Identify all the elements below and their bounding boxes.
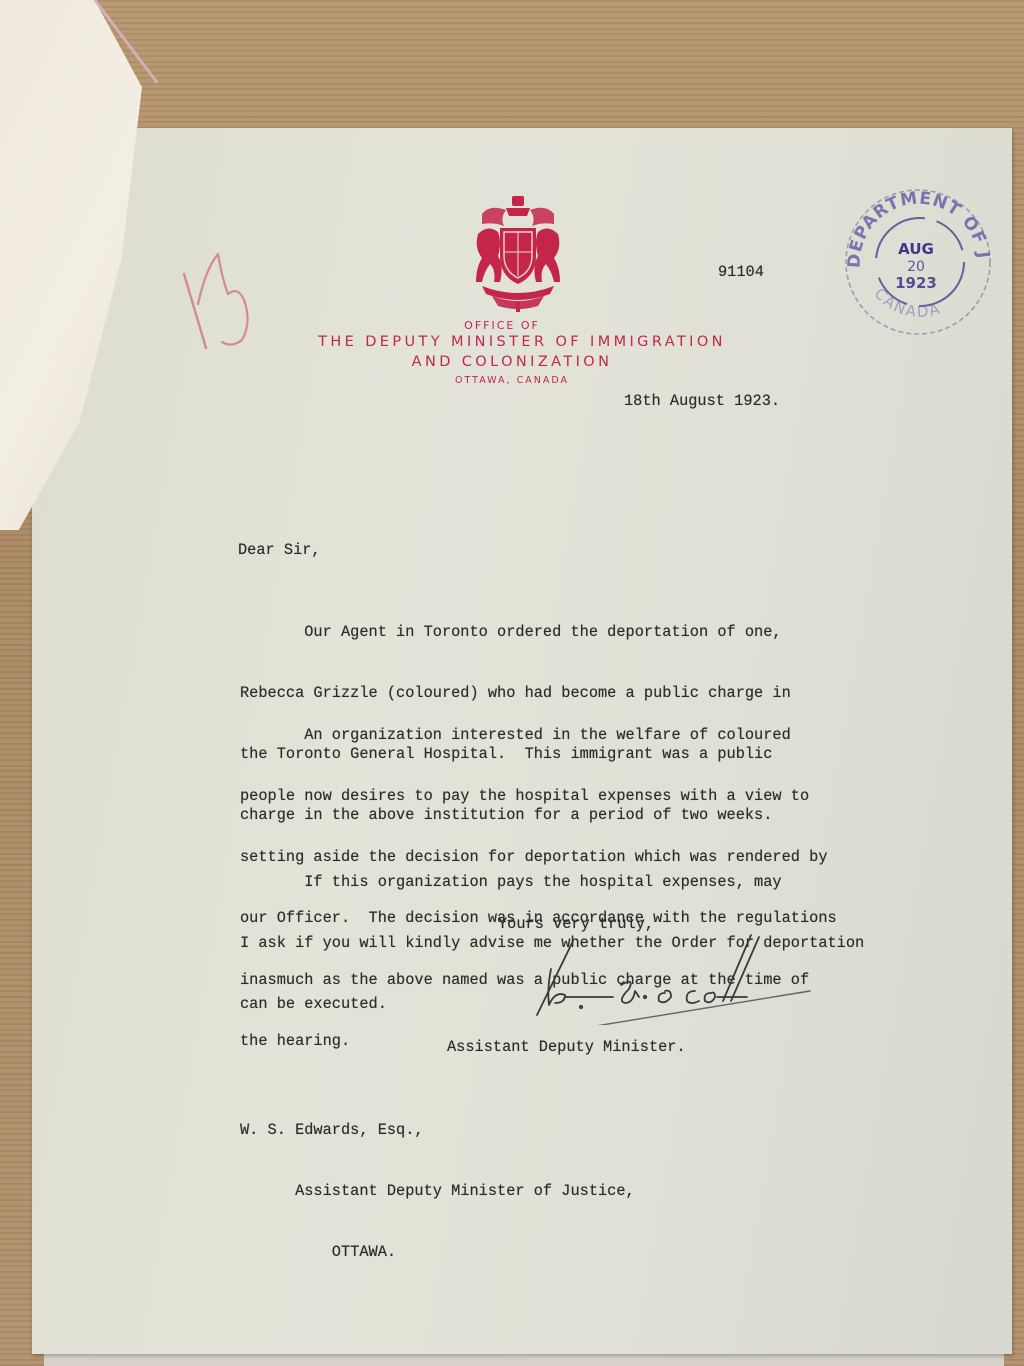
underlying-sheet: [44, 1352, 1004, 1366]
stamp-month: AUG: [898, 240, 934, 258]
letterhead-location: OTTAWA, CANADA: [0, 375, 1024, 386]
recipient-title: Assistant Deputy Minister of Justice,: [240, 1181, 635, 1201]
handwritten-pencil-mark: [176, 248, 266, 358]
letter-date: 18th August 1923.: [624, 391, 780, 411]
recipient-name: W. S. Edwards, Esq.,: [240, 1120, 635, 1140]
stamp-year: 1923: [895, 274, 937, 292]
file-number: 91104: [718, 262, 764, 282]
department-of-justice-date-stamp: DEPARTMENT OF JUSTICE CANADA AUG 20 1923: [838, 186, 998, 338]
paragraph-line: An organization interested in the welfar…: [240, 725, 837, 745]
paragraph-line: people now desires to pay the hospital e…: [240, 786, 837, 806]
handwritten-signature: [525, 925, 825, 1025]
signer-title: Assistant Deputy Minister.: [447, 1037, 686, 1057]
recipient-city: OTTAWA.: [240, 1242, 635, 1262]
stamp-day: 20: [907, 259, 925, 275]
recipient-address: W. S. Edwards, Esq., Assistant Deputy Mi…: [240, 1079, 635, 1283]
royal-coat-of-arms-icon: [472, 194, 564, 312]
letterhead-subtitle: AND COLONIZATION: [0, 354, 1024, 370]
salutation: Dear Sir,: [238, 540, 321, 560]
paragraph-line: Our Agent in Toronto ordered the deporta…: [240, 622, 791, 642]
paragraph-line: If this organization pays the hospital e…: [240, 872, 864, 892]
